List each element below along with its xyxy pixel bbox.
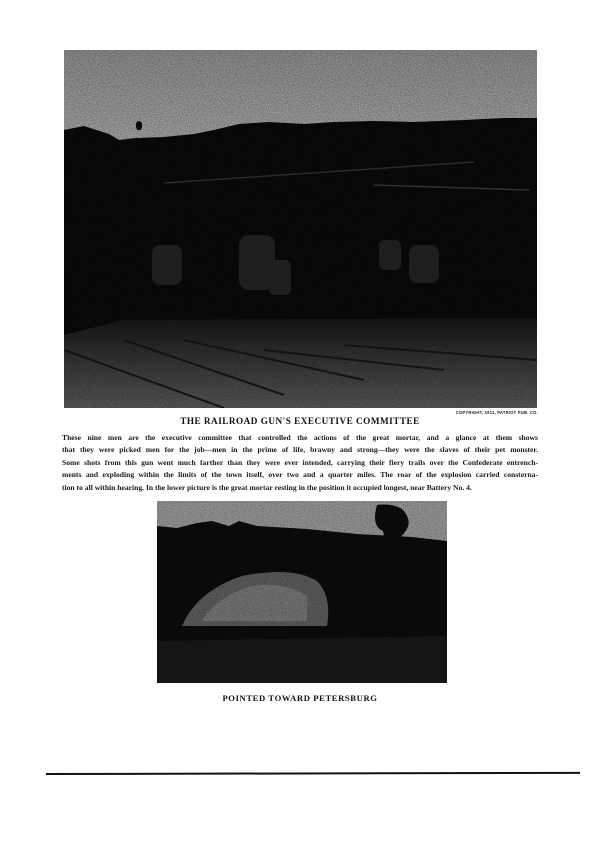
figure-caption-top: THE RAILROAD GUN'S EXECUTIVE COMMITTEE — [0, 416, 600, 426]
body-line: These nine men are the executive committ… — [62, 432, 538, 444]
body-line: that they were picked men for the job—me… — [62, 444, 538, 456]
figure-caption-bottom: POINTED TOWARD PETERSBURG — [0, 693, 600, 703]
photo-railroad-gun-committee — [64, 50, 537, 408]
body-line: ments and exploding within the limits of… — [62, 469, 538, 481]
body-line: Some shots from this gun went much farth… — [62, 457, 538, 469]
body-paragraph: These nine men are the executive committ… — [62, 432, 538, 494]
photo-image — [157, 501, 447, 683]
body-line: tion to all within hearing. In the lower… — [62, 482, 538, 494]
photo-mortar-toward-petersburg — [157, 501, 447, 683]
page-footer-rule — [46, 772, 580, 775]
photo-image — [64, 50, 537, 408]
photo-credit: COPYRIGHT, 1911, PATRIOT PUB. CO. — [456, 410, 538, 415]
